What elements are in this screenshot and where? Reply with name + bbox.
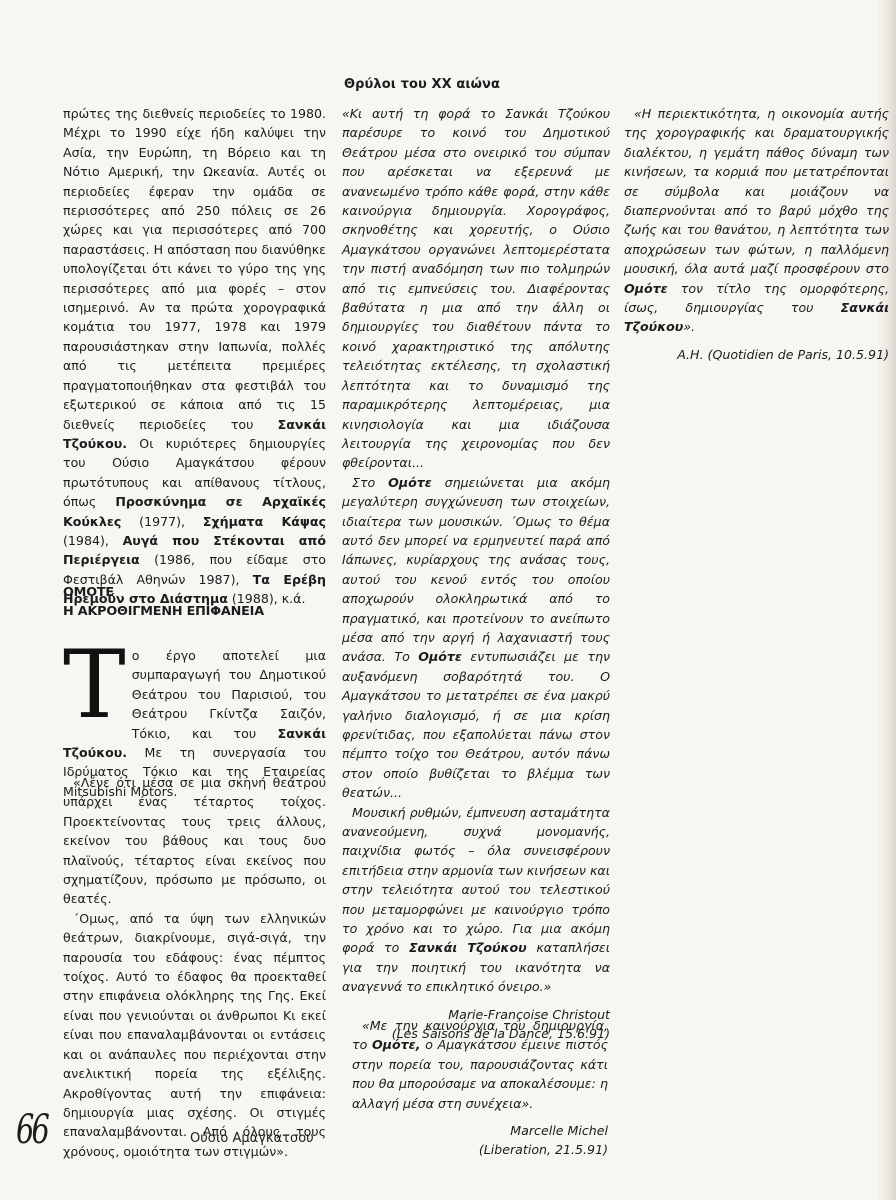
left-column: πρώτες της διεθνείς περιοδείες το 1980. … bbox=[63, 104, 326, 609]
review-attribution: A.H. (Quotidien de Paris, 10.5.91) bbox=[624, 345, 889, 364]
choreographer-signature: Ούσιο Αμαγκάτσου bbox=[190, 1131, 314, 1146]
quote-paragraph: «Λένε ότι μέσα σε μια σκηνή θεάτρου υπάρ… bbox=[63, 773, 326, 909]
second-review: «Με την καινούργια του δημιουργία, το Ομ… bbox=[352, 1016, 608, 1159]
company-name: Σανκάι Τζούκου bbox=[409, 940, 527, 955]
review-paragraph: «Η περιεκτικότητα, η οικονομία αυτής της… bbox=[624, 104, 889, 337]
choreographer-quote: «Λένε ότι μέσα σε μια σκηνή θεάτρου υπάρ… bbox=[63, 773, 326, 1161]
drop-cap: Τ bbox=[63, 646, 126, 732]
work-title: Ομότε bbox=[388, 475, 432, 490]
work-title: Ομότε, bbox=[372, 1037, 420, 1052]
work-title: Ομότε bbox=[624, 281, 668, 296]
review-attribution: Marcelle Michel (Liberation, 21.5.91) bbox=[352, 1121, 608, 1159]
middle-column: «Κι αυτή τη φορά το Σανκάι Τζούκου παρέσ… bbox=[342, 104, 610, 1043]
intro-paragraph: πρώτες της διεθνείς περιοδείες το 1980. … bbox=[63, 104, 326, 609]
review-paragraph: «Κι αυτή τη φορά το Σανκάι Τζούκου παρέσ… bbox=[342, 104, 610, 473]
page-number: 66 bbox=[16, 1108, 47, 1152]
work-title: Ομότε bbox=[418, 649, 462, 664]
right-column: «Η περιεκτικότητα, η οικονομία αυτής της… bbox=[624, 104, 889, 364]
review-paragraph: Μουσική ρυθμών, έμπνευση ασταμάτητα αναν… bbox=[342, 803, 610, 997]
review-paragraph: Στο Ομότε σημειώνεται μια ακόμη μεγαλύτε… bbox=[342, 473, 610, 803]
running-head: Θρύλοι του XX αιώνα bbox=[344, 77, 604, 92]
publication-source: (Liberation, 21.5.91) bbox=[352, 1140, 608, 1159]
critic-name: Marcelle Michel bbox=[352, 1121, 608, 1140]
work-title: Σχήματα Κάψας bbox=[203, 514, 326, 529]
quote-paragraph: ΄Ομως, από τα ύψη των ελληνικών θεάτρων,… bbox=[63, 909, 326, 1161]
section-heading: ΟΜΟΤΕ Η ΑΚΡΟΘΙΓΜΕΝΗ ΕΠΙΦΑΝΕΙΑ bbox=[63, 583, 333, 621]
